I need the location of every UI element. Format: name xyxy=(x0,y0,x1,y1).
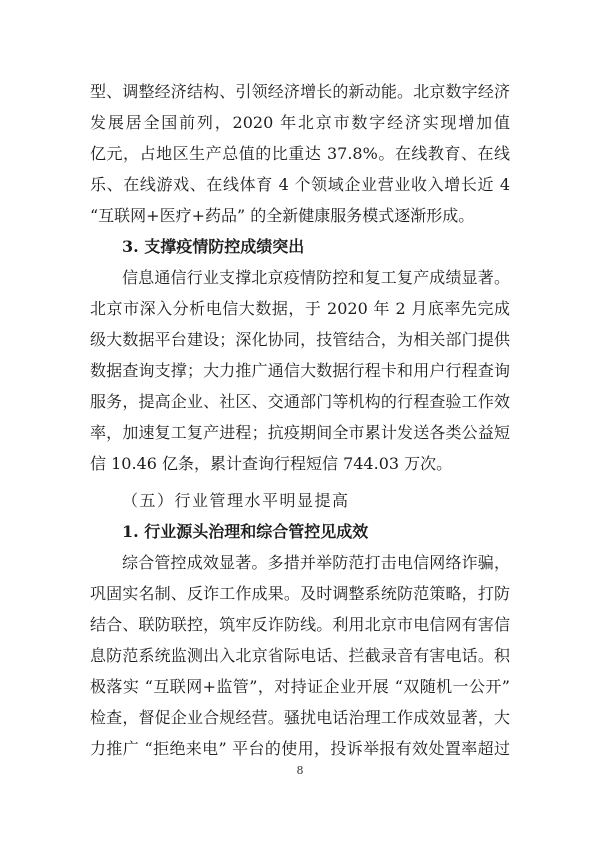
text-line: 率，加速复工复产进程；抗疫期间全市累计发送各类公益短 xyxy=(90,417,510,448)
text-line: 北京市深入分析电信大数据，于 2020 年 2 月底率先完成省 xyxy=(90,293,510,324)
text-line: 信 10.46 亿条，累计查询行程短信 744.03 万次。 xyxy=(90,448,510,479)
text-block: 型、调整经济结构、引领经济增长的新动能。北京数字经济 发展居全国前列，2020 … xyxy=(90,76,510,764)
text-line: 级大数据平台建设；深化协同，技管结合，为相关部门提供 xyxy=(90,324,510,355)
text-line: 结合、联防联控，筑牢反诈防线。利用北京市电信网有害信 xyxy=(90,609,510,640)
section-heading: （五）行业管理水平明显提高 xyxy=(90,485,510,516)
text-line: 亿元，占地区生产总值的比重达 37.8%。在线教育、在线娱 xyxy=(90,138,510,169)
text-line: 综合管控成效显著。多措并举防范打击电信网络诈骗， xyxy=(90,547,510,578)
text-line: 巩固实名制、反诈工作成果。及时调整系统防范策略，打防 xyxy=(90,578,510,609)
text-line: 极落实 “互联网+监管”，对持证企业开展 “双随机一公开” xyxy=(90,671,510,702)
text-line: 发展居全国前列，2020 年北京市数字经济实现增加值 13654 xyxy=(90,107,510,138)
text-line: 息防范系统监测出入北京省际电话、拦截录音有害电话。积 xyxy=(90,640,510,671)
document-page: 型、调整经济结构、引领经济增长的新动能。北京数字经济 发展居全国前列，2020 … xyxy=(0,0,600,848)
bold-subsection-heading: 3. 支撑疫情防控成绩突出 xyxy=(90,231,510,262)
text-line: 数据查询支撑；大力推广通信大数据行程卡和用户行程查询 xyxy=(90,355,510,386)
text-line: 型、调整经济结构、引领经济增长的新动能。北京数字经济 xyxy=(90,76,510,107)
text-line: 信息通信行业支撑北京疫情防控和复工复产成绩显著。 xyxy=(90,262,510,293)
text-line: “互联网+医疗+药品” 的全新健康服务模式逐渐形成。 xyxy=(90,200,510,231)
text-line: 乐、在线游戏、在线体育 4 个领域企业营业收入增长近 4 成， xyxy=(90,169,510,200)
text-line: 检查，督促企业合规经营。骚扰电话治理工作成效显著，大 xyxy=(90,702,510,733)
page-number: 8 xyxy=(0,764,600,778)
bold-subsection-heading: 1. 行业源头治理和综合管控见成效 xyxy=(90,516,510,547)
text-line: 服务，提高企业、社区、交通部门等机构的行程查验工作效 xyxy=(90,386,510,417)
text-line: 力推广 “拒绝来电” 平台的使用，投诉举报有效处置率超过 xyxy=(90,733,510,764)
